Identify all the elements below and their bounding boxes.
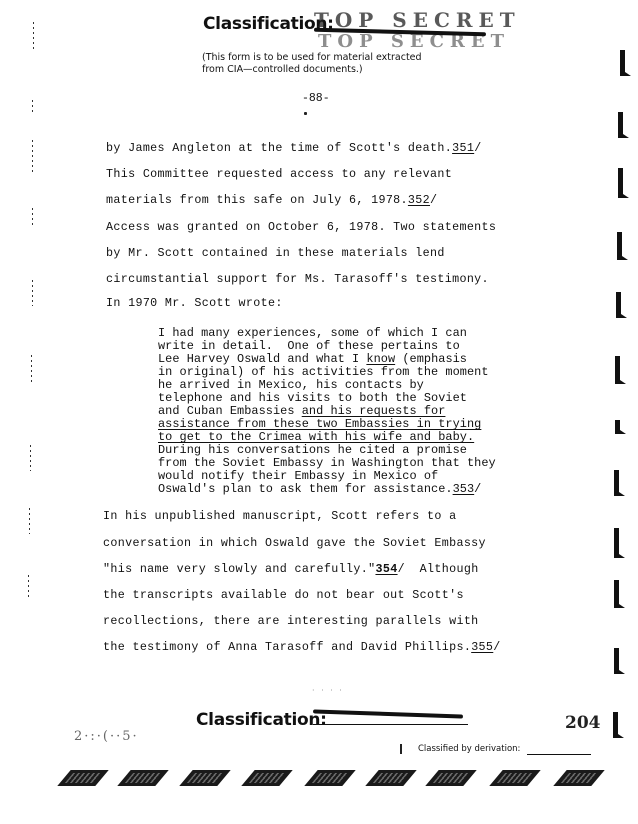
emphasis-know: know: [366, 352, 395, 366]
body-line: recollections, there are interesting par…: [103, 614, 479, 628]
quote-line: During his conversations he cited a prom…: [158, 445, 467, 456]
classified-by-field: [527, 754, 591, 755]
edge-mark: [620, 50, 625, 76]
tick-mark: [400, 744, 402, 754]
body-line: materials from this safe on July 6, 1978…: [106, 193, 437, 207]
underlined-passage: assistance from these two Embassies in t…: [158, 419, 481, 430]
left-edge-mark: [32, 280, 33, 306]
edge-mark: [618, 168, 623, 198]
underlined-passage: and his requests for: [302, 404, 446, 418]
form-note: (This form is to be used for material ex…: [202, 52, 422, 76]
body-line: "his name very slowly and carefully."354…: [103, 562, 479, 576]
quote-line: in original) of his activities from the …: [158, 367, 489, 378]
edge-mark: [613, 712, 618, 738]
body-line: circumstantial support for Ms. Tarasoff'…: [106, 272, 489, 286]
footnote-ref[interactable]: 354: [375, 562, 397, 576]
classified-by-label: Classified by derivation:: [418, 744, 520, 754]
edge-mark: [614, 580, 619, 608]
stray-mark: [304, 112, 307, 115]
body-line: This Committee requested access to any r…: [106, 167, 452, 181]
body-line: by Mr. Scott contained in these material…: [106, 246, 445, 260]
left-edge-mark: [31, 355, 32, 385]
quote-line: Oswald's plan to ask them for assistance…: [158, 484, 481, 495]
left-edge-mark: [30, 445, 31, 471]
footnote-ref[interactable]: 355: [471, 640, 493, 654]
left-edge-mark: [32, 100, 33, 112]
footer-classification-underline: [313, 724, 468, 725]
quote-line: and Cuban Embassies and his requests for: [158, 406, 445, 417]
security-stripe: [304, 770, 355, 786]
quote-line: Lee Harvey Oswald and what I know (empha…: [158, 354, 467, 365]
security-stripe: [241, 770, 292, 786]
left-edge-mark: [29, 508, 30, 534]
security-stripe: [117, 770, 168, 786]
underlined-passage: to get to the Crimea with his wife and b…: [158, 432, 474, 443]
left-edge-mark: [33, 22, 34, 52]
quote-line: would notify their Embassy in Mexico of: [158, 471, 438, 482]
form-note-line2: from CIA—controlled documents.): [202, 64, 422, 76]
document-page: Classification: TOP SECRET TOP SECRET (T…: [0, 0, 638, 824]
body-line: Access was granted on October 6, 1978. T…: [106, 220, 496, 234]
quote-line: telephone and his visits to both the Sov…: [158, 393, 467, 404]
body-line: In 1970 Mr. Scott wrote:: [106, 296, 283, 310]
quote-line: I had many experiences, some of which I …: [158, 328, 467, 339]
security-stripe: [553, 770, 604, 786]
document-id: 2·:·(··5·: [74, 729, 139, 744]
left-edge-mark: [32, 140, 33, 174]
faint-stamp: · · · ·: [312, 686, 344, 695]
left-edge-mark: [28, 575, 29, 599]
footer-classification-strikeout: [313, 709, 463, 718]
edge-mark: [617, 232, 622, 260]
form-note-line1: (This form is to be used for material ex…: [202, 52, 422, 64]
edge-mark: [614, 528, 619, 558]
edge-mark: [614, 648, 619, 674]
footnote-ref[interactable]: 352: [408, 193, 430, 207]
quote-line: write in detail. One of these pertains t…: [158, 341, 460, 352]
security-stripe: [425, 770, 476, 786]
body-line: In his unpublished manuscript, Scott ref…: [103, 509, 456, 523]
left-edge-mark: [32, 208, 33, 228]
footnote-ref[interactable]: 353: [453, 482, 475, 496]
edge-mark: [615, 356, 620, 384]
security-stripe: [179, 770, 230, 786]
body-line: by James Angleton at the time of Scott's…: [106, 141, 482, 155]
edge-mark: [615, 420, 620, 434]
quote-line: from the Soviet Embassy in Washington th…: [158, 458, 496, 469]
edge-mark: [616, 292, 621, 318]
edge-mark: [614, 470, 619, 496]
page-number: -88-: [302, 92, 330, 105]
security-stripe: [365, 770, 416, 786]
security-stripe: [489, 770, 540, 786]
body-line: the testimony of Anna Tarasoff and David…: [103, 640, 501, 654]
security-stripe: [57, 770, 108, 786]
body-line: conversation in which Oswald gave the So…: [103, 536, 486, 550]
footer-classification-label: Classification:: [196, 710, 327, 730]
body-line: the transcripts available do not bear ou…: [103, 588, 464, 602]
footnote-ref[interactable]: 351: [452, 141, 474, 155]
edge-mark: [618, 112, 623, 138]
folio-number: 204: [565, 713, 601, 733]
quote-line: he arrived in Mexico, his contacts by: [158, 380, 424, 391]
